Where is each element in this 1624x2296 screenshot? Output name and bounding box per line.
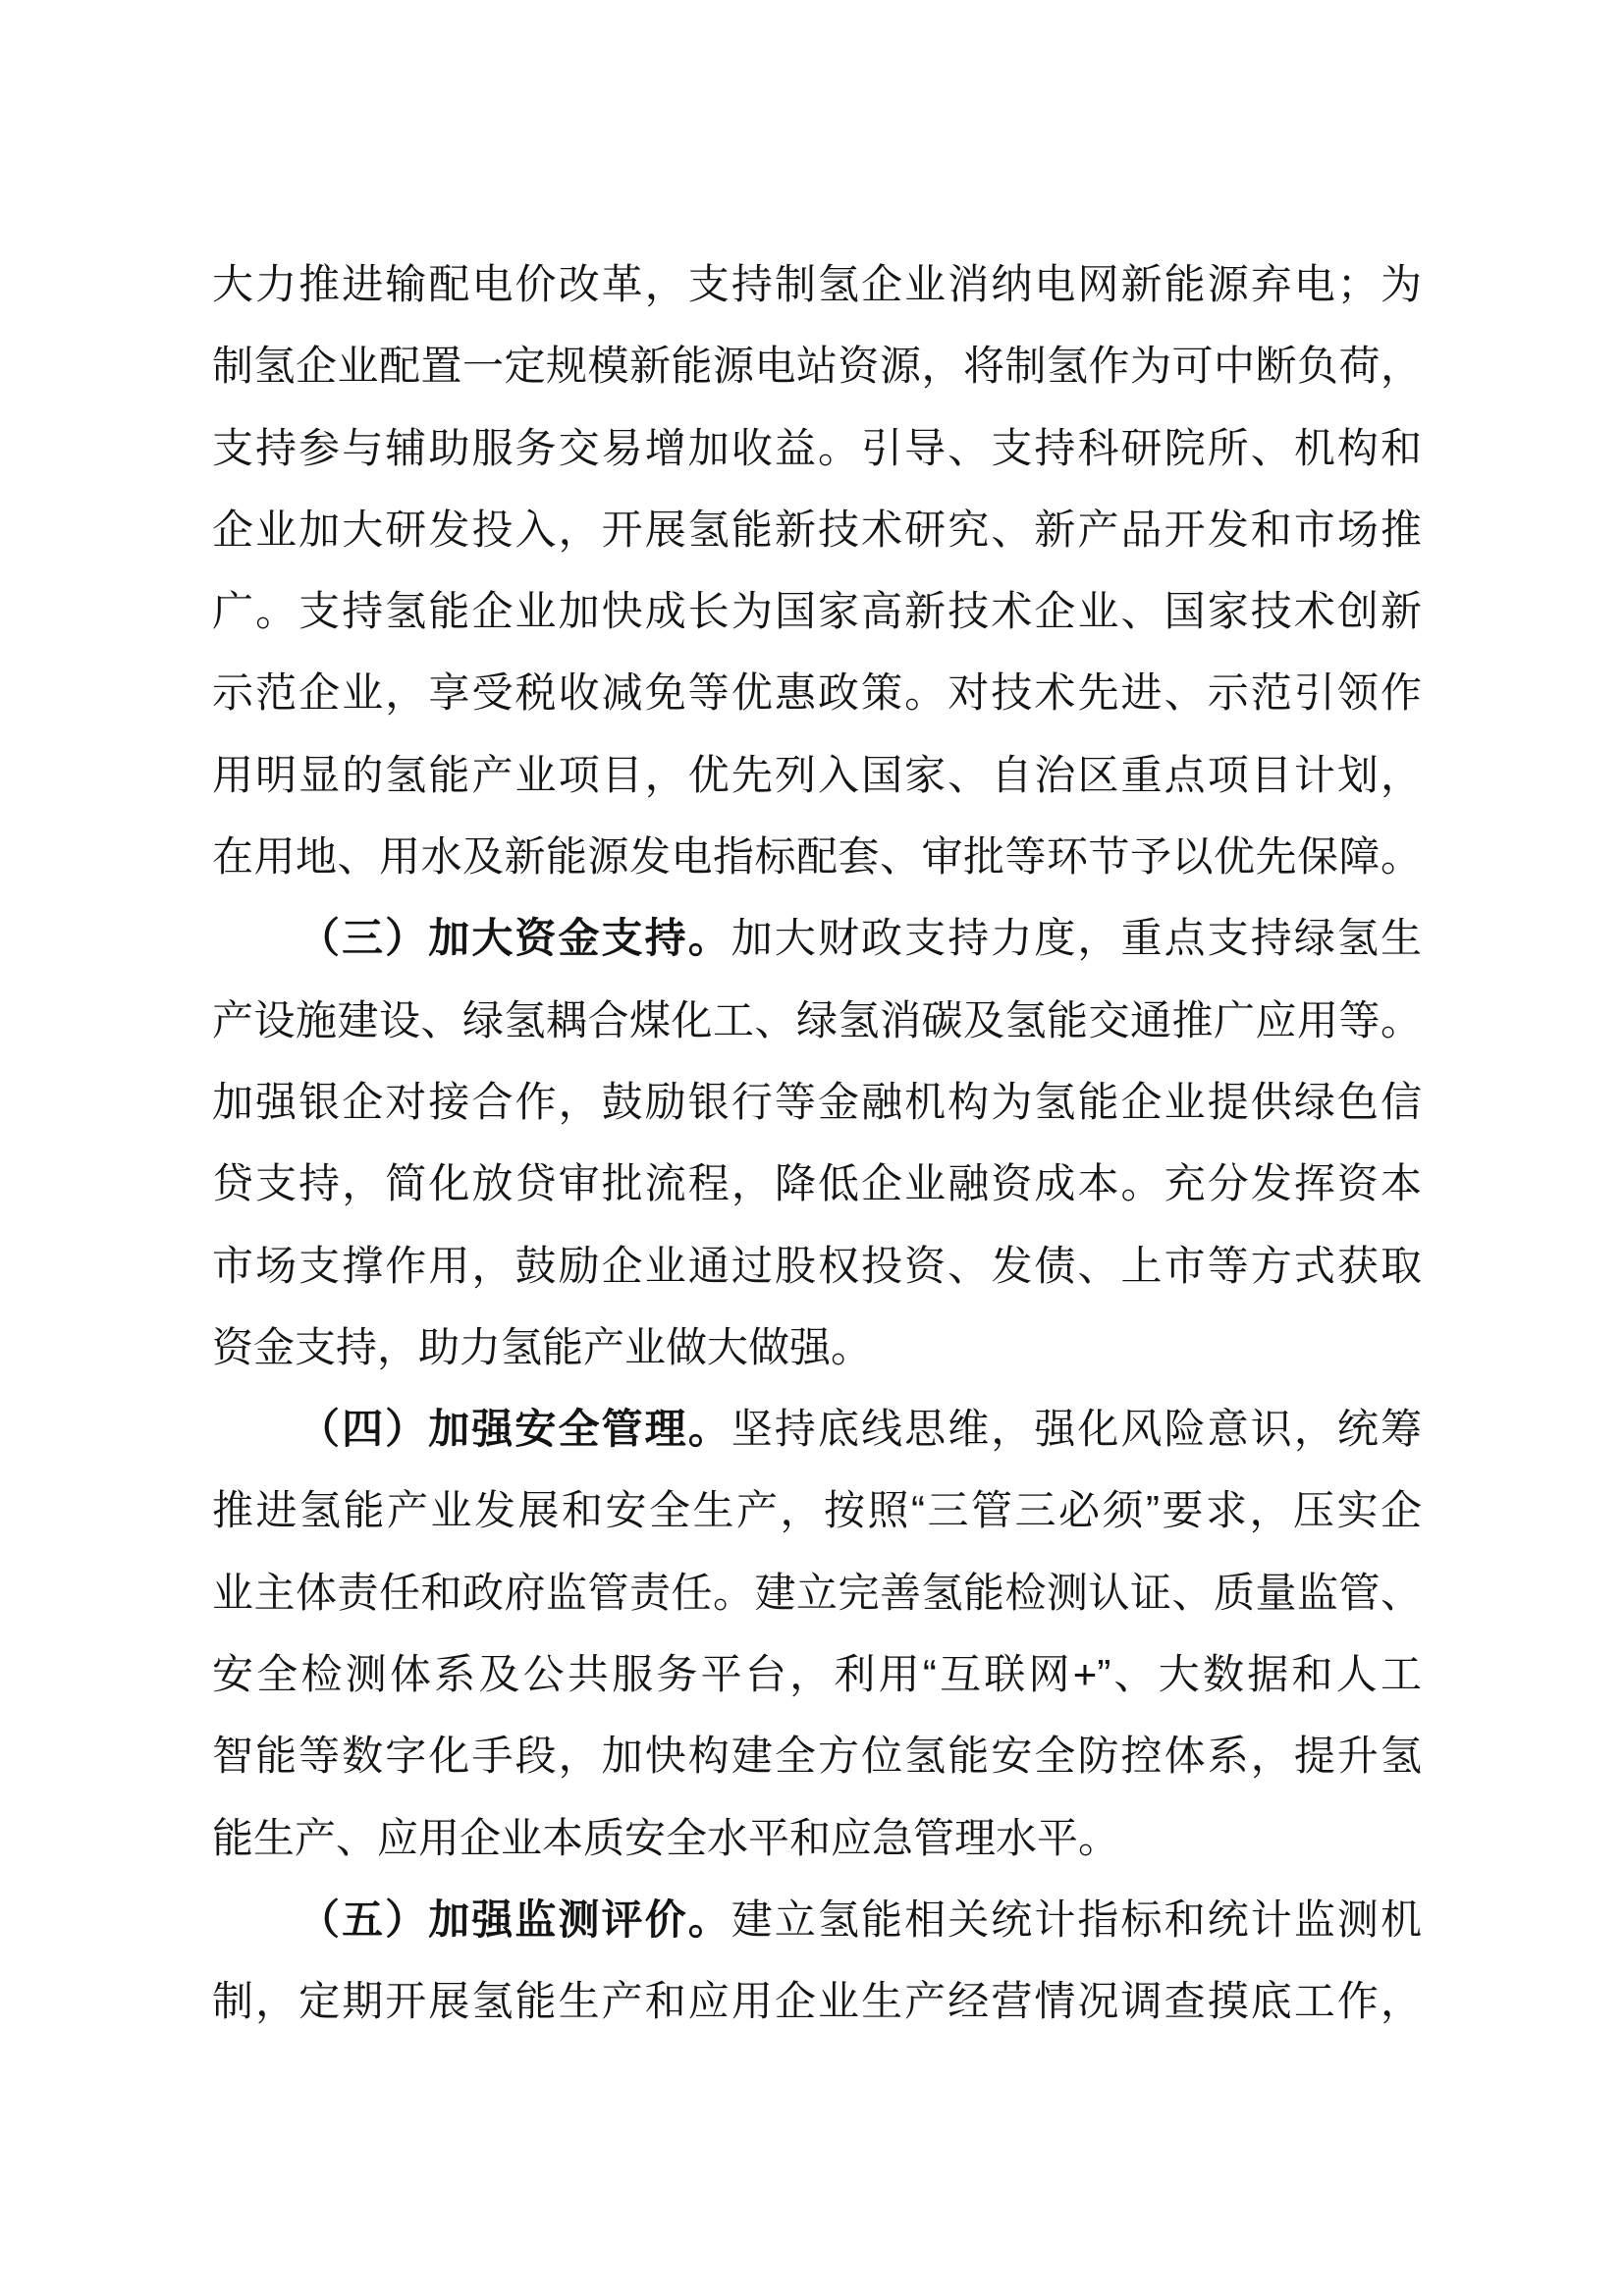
text-line: 智能等数字化手段，加快构建全方位氢能安全防控体系，提升氢 [212,1715,1422,1796]
text-line: 大力推进输配电价改革，支持制氢企业消纳电网新能源弃电；为 [212,243,1422,325]
line-text: 加强银企对接合作，鼓励银行等金融机构为氢能企业提供绿色信 [212,1079,1422,1125]
text-line: 在用地、用水及新能源发电指标配套、审批等环节予以优先保障。 [212,816,1422,897]
line-text: 市场支撑作用，鼓励企业通过股权投资、发债、上市等方式获取 [212,1243,1422,1289]
line-text: 用明显的氢能产业项目，优先列入国家、自治区重点项目计划， [212,752,1422,798]
line-text: 安全检测体系及公共服务平台，利用“互联网+”、大数据和人工 [212,1651,1422,1697]
text-line: 市场支撑作用，鼓励企业通过股权投资、发债、上市等方式获取 [212,1225,1422,1307]
text-line: 支持参与辅助服务交易增加收益。引导、支持科研院所、机构和 [212,407,1422,489]
text-line: 安全检测体系及公共服务平台，利用“互联网+”、大数据和人工 [212,1633,1422,1715]
text-line: 贷支持，简化放贷审批流程，降低企业融资成本。充分发挥资本 [212,1143,1422,1224]
line-text: 加大财政支持力度，重点支持绿氢生 [731,915,1422,961]
line-text: 建立氢能相关统计指标和统计监测机 [731,1896,1422,1943]
line-text: 智能等数字化手段，加快构建全方位氢能安全防控体系，提升氢 [212,1733,1422,1779]
section-heading: （四）加强安全管理。 [298,1408,731,1453]
document-text-block: 大力推进输配电价改革，支持制氢企业消纳电网新能源弃电；为 制氢企业配置一定规模新… [212,243,1422,2043]
line-text: 广。支持氢能企业加快成长为国家高新技术企业、国家技术创新 [212,588,1422,634]
text-line: 产设施建设、绿氢耦合煤化工、绿氢消碳及氢能交通推广应用等。 [212,980,1422,1061]
section-heading: （三）加大资金支持。 [298,917,731,962]
line-text: 在用地、用水及新能源发电指标配套、审批等环节予以优先保障。 [212,833,1422,880]
text-line-section-start: （四）加强安全管理。坚持底线思维，强化风险意识，统筹 [212,1388,1422,1469]
text-line: 广。支持氢能企业加快成长为国家高新技术企业、国家技术创新 [212,570,1422,652]
line-text: 支持参与辅助服务交易增加收益。引导、支持科研院所、机构和 [212,425,1422,471]
line-text: 产设施建设、绿氢耦合煤化工、绿氢消碳及氢能交通推广应用等。 [212,997,1422,1043]
text-line: 推进氢能产业发展和安全生产，按照“三管三必须”要求，压实企 [212,1469,1422,1551]
line-text: 推进氢能产业发展和安全生产，按照“三管三必须”要求，压实企 [212,1487,1422,1533]
line-text: 能生产、应用企业本质安全水平和应急管理水平。 [212,1815,1119,1861]
line-text: 坚持底线思维，强化风险意识，统筹 [731,1406,1422,1452]
line-text: 制，定期开展氢能生产和应用企业生产经营情况调查摸底工作， [212,1978,1422,2024]
text-line-section-start: （五）加强监测评价。建立氢能相关统计指标和统计监测机 [212,1879,1422,1960]
line-text: 制氢企业配置一定规模新能源电站资源，将制氢作为可中断负荷， [212,343,1422,389]
line-text: 大力推进输配电价改革，支持制氢企业消纳电网新能源弃电；为 [212,261,1422,307]
text-line: 加强银企对接合作，鼓励银行等金融机构为氢能企业提供绿色信 [212,1061,1422,1143]
document-page: 大力推进输配电价改革，支持制氢企业消纳电网新能源弃电；为 制氢企业配置一定规模新… [0,0,1624,2296]
line-text: 资金支持，助力氢能产业做大做强。 [212,1324,872,1370]
text-line-paragraph-end: 能生产、应用企业本质安全水平和应急管理水平。 [212,1797,1422,1879]
line-text: 业主体责任和政府监管责任。建立完善氢能检测认证、质量监管、 [212,1570,1422,1616]
text-line: 企业加大研发投入，开展氢能新技术研究、新产品开发和市场推 [212,489,1422,570]
text-line-paragraph-end: 资金支持，助力氢能产业做大做强。 [212,1307,1422,1388]
line-text: 企业加大研发投入，开展氢能新技术研究、新产品开发和市场推 [212,507,1422,553]
line-text: 示范企业，享受税收减免等优惠政策。对技术先进、示范引领作 [212,669,1422,716]
text-line-section-start: （三）加大资金支持。加大财政支持力度，重点支持绿氢生 [212,897,1422,979]
text-line: 制氢企业配置一定规模新能源电站资源，将制氢作为可中断负荷， [212,325,1422,406]
section-heading: （五）加强监测评价。 [298,1898,731,1944]
text-line: 用明显的氢能产业项目，优先列入国家、自治区重点项目计划， [212,734,1422,816]
text-line: 制，定期开展氢能生产和应用企业生产经营情况调查摸底工作， [212,1960,1422,2042]
text-line: 示范企业，享受税收减免等优惠政策。对技术先进、示范引领作 [212,652,1422,733]
text-line: 业主体责任和政府监管责任。建立完善氢能检测认证、质量监管、 [212,1552,1422,1633]
line-text: 贷支持，简化放贷审批流程，降低企业融资成本。充分发挥资本 [212,1160,1422,1206]
